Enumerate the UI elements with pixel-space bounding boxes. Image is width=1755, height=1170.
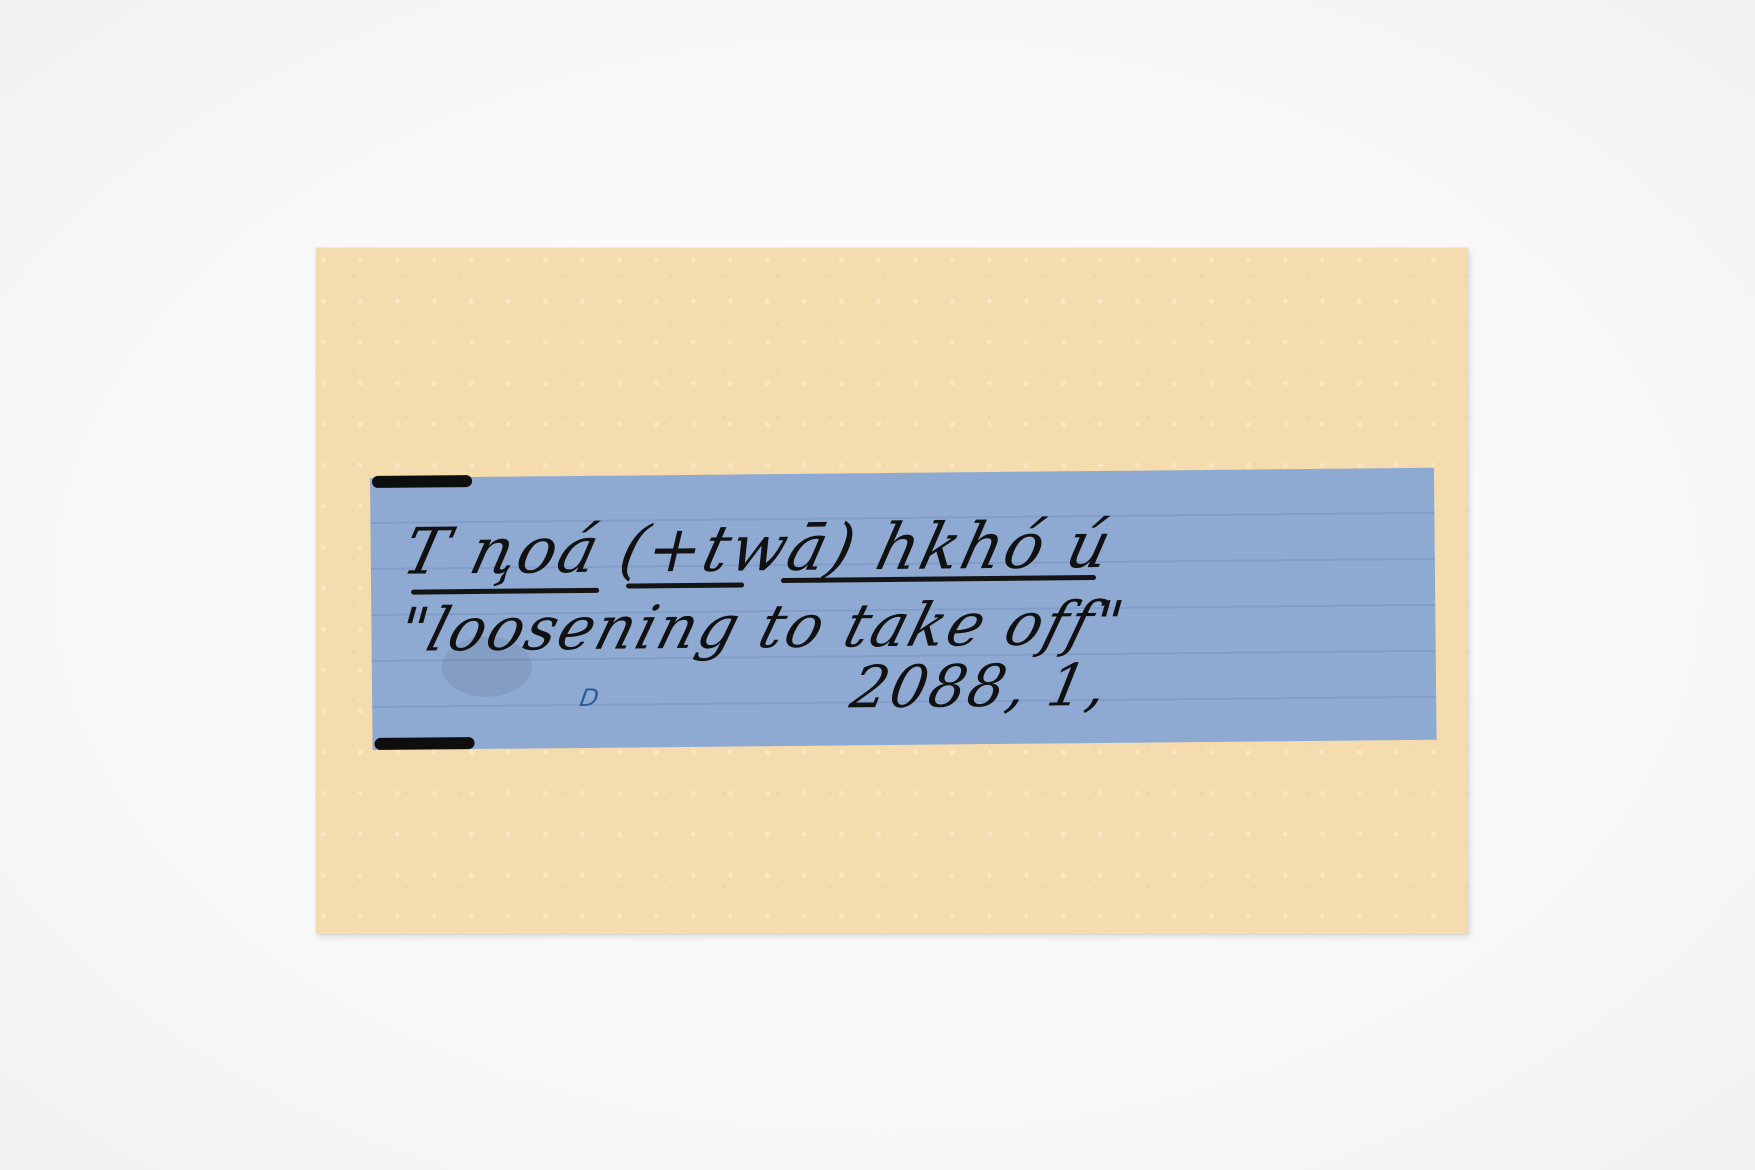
pencil-mark: D [578, 684, 601, 712]
blue-paper-strip: T ꞑoá (+twā) hkhó ú "loosening to take o… [370, 468, 1437, 750]
handwritten-reference-number: 2088, 1, [845, 651, 1115, 722]
ink-mark-top [372, 475, 472, 488]
ink-mark-bottom [374, 737, 474, 750]
underline-variant [626, 582, 744, 588]
